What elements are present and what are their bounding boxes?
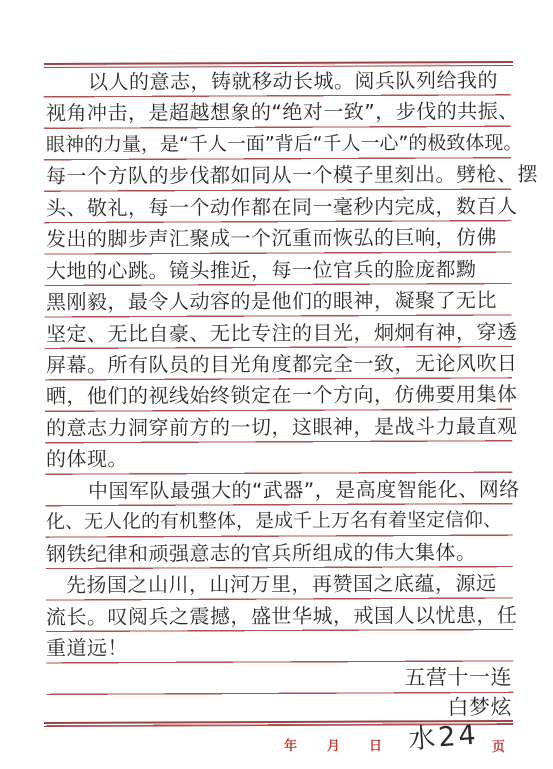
- essay-line: 流长。叹阅兵之震撼，盛世华城，戒国人以忧患，任: [46, 598, 512, 631]
- essay-line: 眼神的力量，是“千人一面”背后“千人一心”的极致体现。: [46, 127, 512, 160]
- essay-line: 以人的意志，铸就移动长城。阅兵队列给我的: [46, 64, 553, 98]
- footer-day-label: 日: [369, 735, 382, 754]
- essay-line: 大地的心跳。镜头推近，每一位官兵的脸庞都黝: [46, 253, 512, 286]
- page-number-scribble: 水24: [407, 713, 480, 757]
- essay-line: 每一个方队的步伐都如同从一个模子里刻出。劈枪、摆: [46, 158, 512, 191]
- essay-line: 钢铁纪律和顽强意志的官兵所组成的伟大集体。: [46, 536, 512, 569]
- essay-line: 中国军队最强大的“武器”，是高度智能化、网络: [46, 473, 553, 507]
- essay-line: 化、无人化的有机整体，是成千上万名有着坚定信仰、: [46, 504, 512, 537]
- essay-line: 发出的脚步声汇聚成一个沉重而恢弘的巨响，仿佛: [46, 221, 512, 254]
- essay-line: 坚定、无比自豪、无比专注的目光，炯炯有神，穿透: [46, 315, 512, 348]
- essay-line: 的体现。: [46, 441, 512, 474]
- essay-line: 的意志力洞穿前方的一切，这眼神，是战斗力最直观: [46, 410, 512, 443]
- footer-page-label: 页: [492, 736, 505, 755]
- essay-line: 先扬国之山川，山河万里，再赞国之底蕴，源远: [46, 567, 532, 601]
- essay-line: 屏幕。所有队员的目光角度都完全一致，无论风吹日: [46, 347, 512, 380]
- essay-line: 晒，他们的视线始终锁定在一个方向，仿佛要用集体: [46, 378, 512, 411]
- essay-line: 视角冲击，是超越想象的“绝对一致”，步伐的共振、: [46, 95, 512, 128]
- footer-year-label: 年: [284, 735, 297, 754]
- essay-line: 头、敬礼，每一个动作都在同一毫秒内完成，数百人: [46, 190, 512, 223]
- signature-unit: 五营十一连: [46, 661, 553, 695]
- printed-footer: 年 月 日 水24 页: [0, 731, 553, 761]
- essay-line: 黑刚毅，最令人动容的是他们的眼神，凝聚了无比: [46, 284, 512, 317]
- letter-paper-page: 以人的意志，铸就移动长城。阅兵队列给我的 视角冲击，是超越想象的“绝对一致”，步…: [0, 0, 553, 769]
- footer-month-label: 月: [327, 735, 340, 754]
- essay-line: 重道远！: [46, 630, 512, 663]
